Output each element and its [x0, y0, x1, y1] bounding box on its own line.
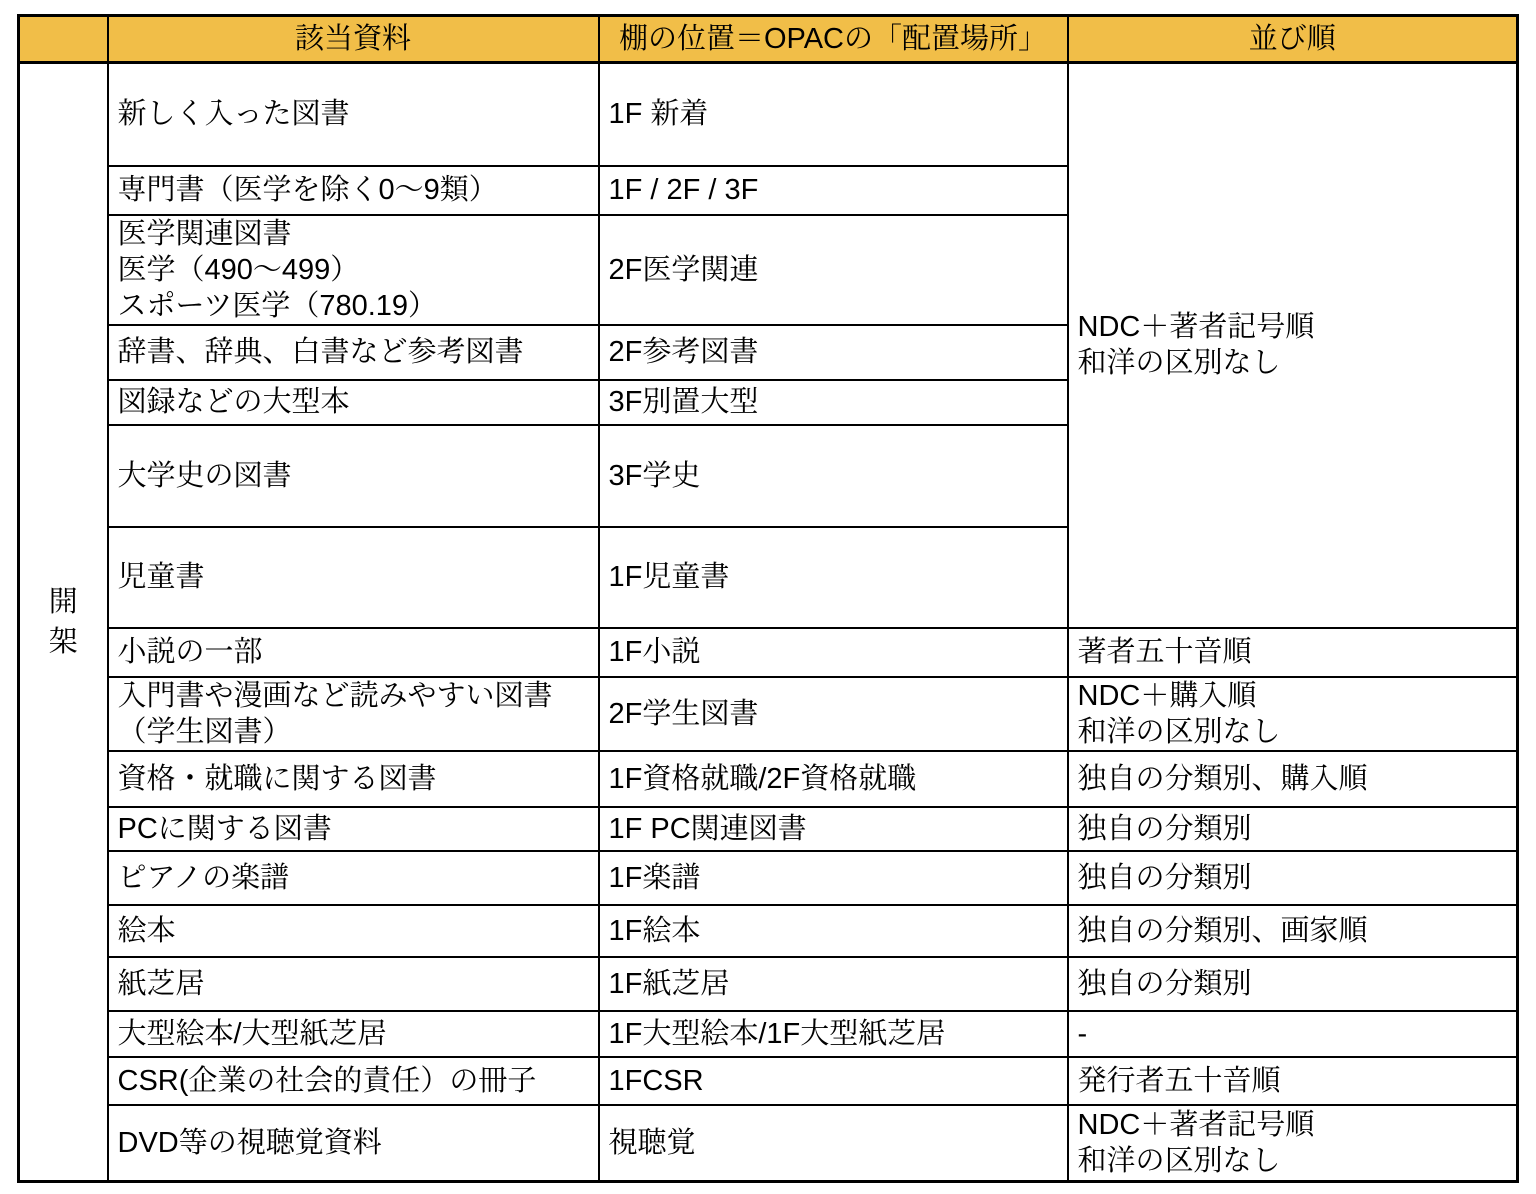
order-cell: 独自の分類別: [1068, 851, 1518, 905]
material-cell: 辞書、辞典、白書など参考図書: [108, 325, 599, 380]
location-cell: 視聴覚: [599, 1105, 1068, 1182]
table-row: CSR(企業の社会的責任）の冊子 1FCSR 発行者五十音順: [19, 1057, 1518, 1105]
material-cell: 小説の一部: [108, 628, 599, 677]
location-cell: 2F学生図書: [599, 677, 1068, 751]
material-cell: 大学史の図書: [108, 425, 599, 527]
order-cell: 著者五十音順: [1068, 628, 1518, 677]
page: 該当資料 棚の位置＝OPACの「配置場所」 並び順 開 架 新しく入った図書 1…: [0, 0, 1536, 1194]
location-cell: 1F小説: [599, 628, 1068, 677]
location-cell: 1F大型絵本/1F大型紙芝居: [599, 1011, 1068, 1057]
location-cell: 2F医学関連: [599, 215, 1068, 325]
location-cell: 2F参考図書: [599, 325, 1068, 380]
table-row: 紙芝居 1F紙芝居 独自の分類別: [19, 957, 1518, 1011]
material-cell: 児童書: [108, 527, 599, 628]
material-cell: 図録などの大型本: [108, 380, 599, 425]
order-cell: 発行者五十音順: [1068, 1057, 1518, 1105]
location-cell: 1F PC関連図書: [599, 807, 1068, 851]
material-cell: 資格・就職に関する図書: [108, 751, 599, 807]
order-cell: 独自の分類別、画家順: [1068, 905, 1518, 957]
material-cell: DVD等の視聴覚資料: [108, 1105, 599, 1182]
location-cell: 3F別置大型: [599, 380, 1068, 425]
location-cell: 3F学史: [599, 425, 1068, 527]
location-cell: 1F児童書: [599, 527, 1068, 628]
order-cell: NDC＋購入順 和洋の区別なし: [1068, 677, 1518, 751]
row-group-open-stacks: 開 架: [19, 63, 108, 1182]
order-cell: 独自の分類別: [1068, 957, 1518, 1011]
material-cell: 新しく入った図書: [108, 63, 599, 166]
table-row: 絵本 1F絵本 独自の分類別、画家順: [19, 905, 1518, 957]
material-cell: 医学関連図書 医学（490〜499） スポーツ医学（780.19）: [108, 215, 599, 325]
location-cell: 1F紙芝居: [599, 957, 1068, 1011]
location-cell: 1F / 2F / 3F: [599, 166, 1068, 215]
material-cell: 絵本: [108, 905, 599, 957]
order-cell: 独自の分類別、購入順: [1068, 751, 1518, 807]
table-row: PCに関する図書 1F PC関連図書 独自の分類別: [19, 807, 1518, 851]
table-row: 大型絵本/大型紙芝居 1F大型絵本/1F大型紙芝居 -: [19, 1011, 1518, 1057]
location-cell: 1FCSR: [599, 1057, 1068, 1105]
material-cell: CSR(企業の社会的責任）の冊子: [108, 1057, 599, 1105]
material-cell: PCに関する図書: [108, 807, 599, 851]
order-cell: NDC＋著者記号順 和洋の区別なし: [1068, 1105, 1518, 1182]
location-cell: 1F楽譜: [599, 851, 1068, 905]
material-cell: 紙芝居: [108, 957, 599, 1011]
location-cell: 1F 新着: [599, 63, 1068, 166]
header-order: 並び順: [1068, 16, 1518, 63]
table-row: ピアノの楽譜 1F楽譜 独自の分類別: [19, 851, 1518, 905]
table-row: 資格・就職に関する図書 1F資格就職/2F資格就職 独自の分類別、購入順: [19, 751, 1518, 807]
location-cell: 1F絵本: [599, 905, 1068, 957]
location-cell: 1F資格就職/2F資格就職: [599, 751, 1068, 807]
header-location: 棚の位置＝OPACの「配置場所」: [599, 16, 1068, 63]
table-row: DVD等の視聴覚資料 視聴覚 NDC＋著者記号順 和洋の区別なし: [19, 1105, 1518, 1182]
material-cell: 大型絵本/大型紙芝居: [108, 1011, 599, 1057]
table-row: 開 架 新しく入った図書 1F 新着 NDC＋著者記号順 和洋の区別なし: [19, 63, 1518, 166]
table-row: 小説の一部 1F小説 著者五十音順: [19, 628, 1518, 677]
order-cell: -: [1068, 1011, 1518, 1057]
library-shelf-location-table: 該当資料 棚の位置＝OPACの「配置場所」 並び順 開 架 新しく入った図書 1…: [17, 14, 1519, 1183]
header-row: 該当資料 棚の位置＝OPACの「配置場所」 並び順: [19, 16, 1518, 63]
header-corner-cell: [19, 16, 108, 63]
header-material: 該当資料: [108, 16, 599, 63]
order-cell-merged: NDC＋著者記号順 和洋の区別なし: [1068, 63, 1518, 628]
material-cell: ピアノの楽譜: [108, 851, 599, 905]
material-cell: 専門書（医学を除く0〜9類）: [108, 166, 599, 215]
material-cell: 入門書や漫画など読みやすい図書 （学生図書）: [108, 677, 599, 751]
table-row: 入門書や漫画など読みやすい図書 （学生図書） 2F学生図書 NDC＋購入順 和洋…: [19, 677, 1518, 751]
order-cell: 独自の分類別: [1068, 807, 1518, 851]
